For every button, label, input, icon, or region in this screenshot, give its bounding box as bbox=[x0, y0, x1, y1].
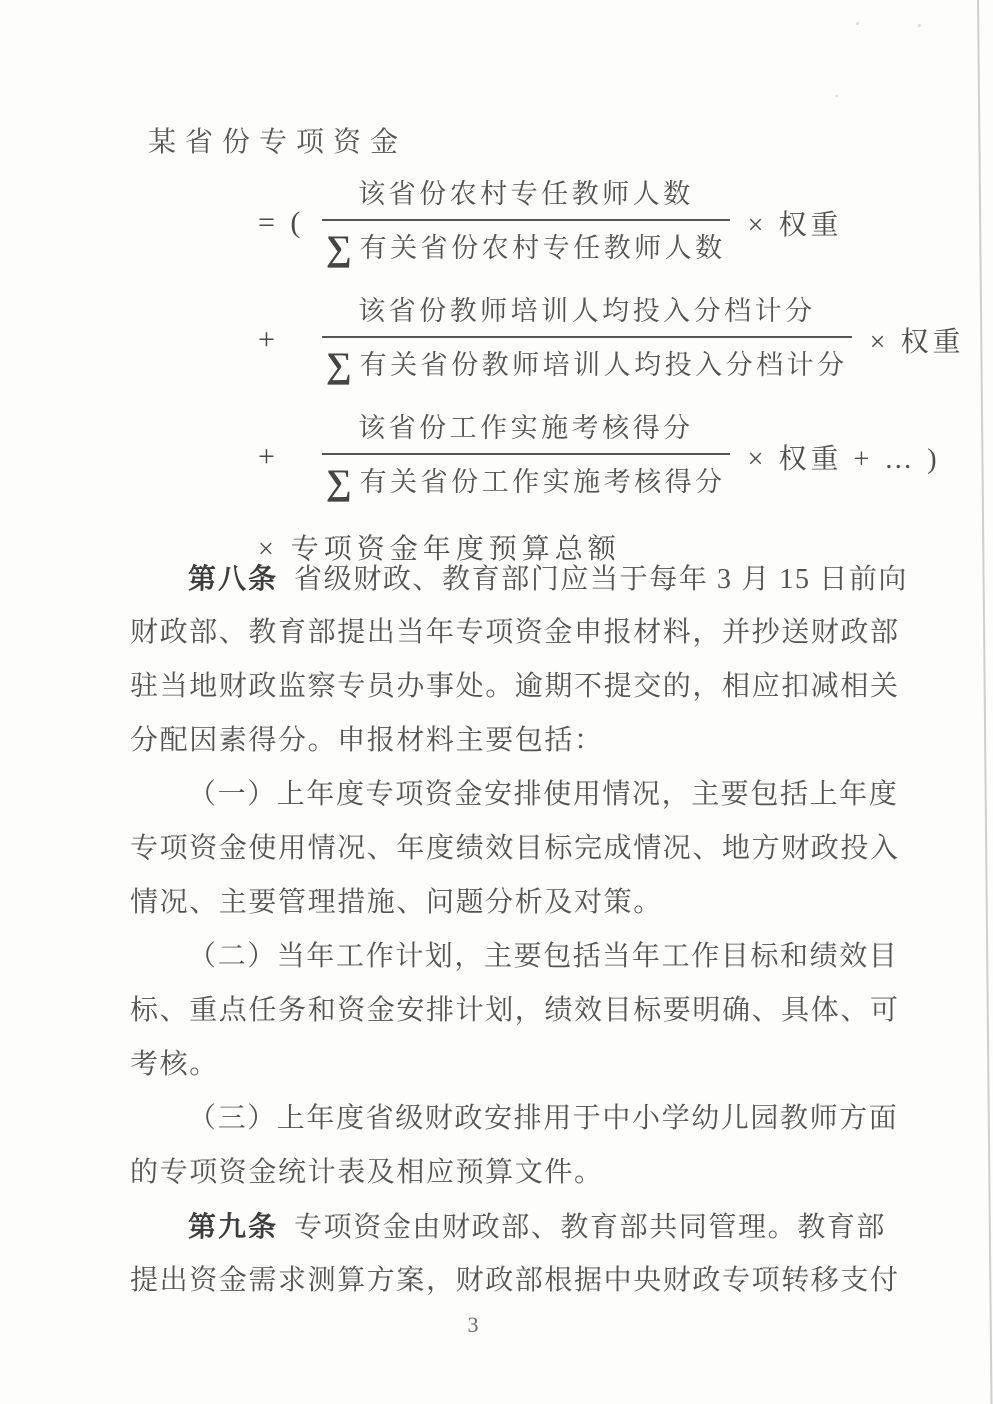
fraction-numerator: 该省份教师培训人均投入分档计分 bbox=[322, 293, 852, 336]
text-line: 第八条省级财政、教育部门应当于每年 3 月 15 日前向 bbox=[130, 552, 870, 606]
text-line: 第九条专项资金由财政部、教育部共同管理。教育部 bbox=[130, 1200, 870, 1254]
formula-row-3: + 该省份工作实施考核得分 ∑有关省份工作实施考核得分 × 权重 + … ) bbox=[258, 410, 964, 503]
sigma-symbol: ∑ bbox=[326, 228, 352, 268]
formula-subject-line: 某省份专项资金 bbox=[148, 120, 407, 160]
article-8-label: 第八条 bbox=[188, 563, 278, 594]
scan-speck bbox=[835, 95, 838, 97]
fraction-denominator: ∑有关省份农村专任教师人数 bbox=[322, 219, 730, 269]
text-line: 提出资金需求测算方案，财政部根据中央财政专项转移支付 bbox=[130, 1254, 870, 1308]
text-line: 财政部、教育部提出当年专项资金申报材料，并抄送财政部 bbox=[130, 606, 870, 660]
equals-open-paren: = ( bbox=[258, 206, 322, 240]
article-9-label: 第九条 bbox=[188, 1211, 278, 1242]
fraction-denominator: ∑有关省份工作实施考核得分 bbox=[322, 453, 730, 503]
text-line: 考核。 bbox=[130, 1038, 870, 1092]
text-line: 分配因素得分。申报材料主要包括： bbox=[130, 714, 870, 768]
denominator-text: 有关省份工作实施考核得分 bbox=[360, 467, 726, 497]
denominator-text: 有关省份教师培训人均投入分档计分 bbox=[360, 350, 848, 380]
fraction-numerator: 该省份农村专任教师人数 bbox=[322, 176, 730, 219]
formula-row-1: = ( 该省份农村专任教师人数 ∑有关省份农村专任教师人数 × 权重 bbox=[258, 176, 964, 269]
text-line: 专项资金使用情况、年度绩效目标完成情况、地方财政投入 bbox=[130, 822, 870, 876]
text-line: 情况、主要管理措施、问题分析及对策。 bbox=[130, 876, 870, 930]
document-page: 某省份专项资金 = ( 该省份农村专任教师人数 ∑有关省份农村专任教师人数 × … bbox=[0, 0, 993, 1404]
scan-artifact-line bbox=[977, 0, 993, 1404]
weight-multiplier: × 权重 bbox=[748, 203, 843, 243]
sigma-symbol: ∑ bbox=[326, 345, 352, 385]
weight-multiplier-close: × 权重 + … ) bbox=[748, 437, 941, 477]
document-body: 第八条省级财政、教育部门应当于每年 3 月 15 日前向 财政部、教育部提出当年… bbox=[130, 552, 870, 1308]
text-run: 专项资金由财政部、教育部共同管理。教育部 bbox=[294, 1212, 886, 1243]
formula-row-2: + 该省份教师培训人均投入分档计分 ∑有关省份教师培训人均投入分档计分 × 权重 bbox=[258, 293, 964, 386]
text-line: 驻当地财政监察专员办事处。逾期不提交的，相应扣减相关 bbox=[130, 660, 870, 714]
fraction-assessment-score: 该省份工作实施考核得分 ∑有关省份工作实施考核得分 bbox=[322, 410, 730, 503]
text-line: （三）上年度省级财政安排用于中小学幼儿园教师方面 bbox=[130, 1092, 870, 1146]
scan-speck bbox=[918, 24, 921, 27]
text-run: 省级财政、教育部门应当于每年 3 月 15 日前向 bbox=[294, 564, 908, 595]
page-number: 3 bbox=[0, 1312, 946, 1338]
text-line: 标、重点任务和资金安排计划，绩效目标要明确、具体、可 bbox=[130, 984, 870, 1038]
fraction-teacher-count: 该省份农村专任教师人数 ∑有关省份农村专任教师人数 bbox=[322, 176, 730, 269]
plus-operator: + bbox=[258, 323, 322, 357]
fraction-numerator: 该省份工作实施考核得分 bbox=[322, 410, 730, 453]
scan-speck bbox=[856, 22, 859, 25]
fraction-denominator: ∑有关省份教师培训人均投入分档计分 bbox=[322, 336, 852, 386]
text-line: （一）上年度专项资金安排使用情况，主要包括上年度 bbox=[130, 768, 870, 822]
weight-multiplier: × 权重 bbox=[870, 320, 965, 360]
allocation-formula: = ( 该省份农村专任教师人数 ∑有关省份农村专任教师人数 × 权重 + 该省份… bbox=[258, 176, 964, 567]
sigma-symbol: ∑ bbox=[326, 462, 352, 502]
denominator-text: 有关省份农村专任教师人数 bbox=[360, 233, 726, 263]
fraction-training-score: 该省份教师培训人均投入分档计分 ∑有关省份教师培训人均投入分档计分 bbox=[322, 293, 852, 386]
text-line: 的专项资金统计表及相应预算文件。 bbox=[130, 1146, 870, 1200]
plus-operator: + bbox=[258, 440, 322, 474]
text-line: （二）当年工作计划，主要包括当年工作目标和绩效目 bbox=[130, 930, 870, 984]
